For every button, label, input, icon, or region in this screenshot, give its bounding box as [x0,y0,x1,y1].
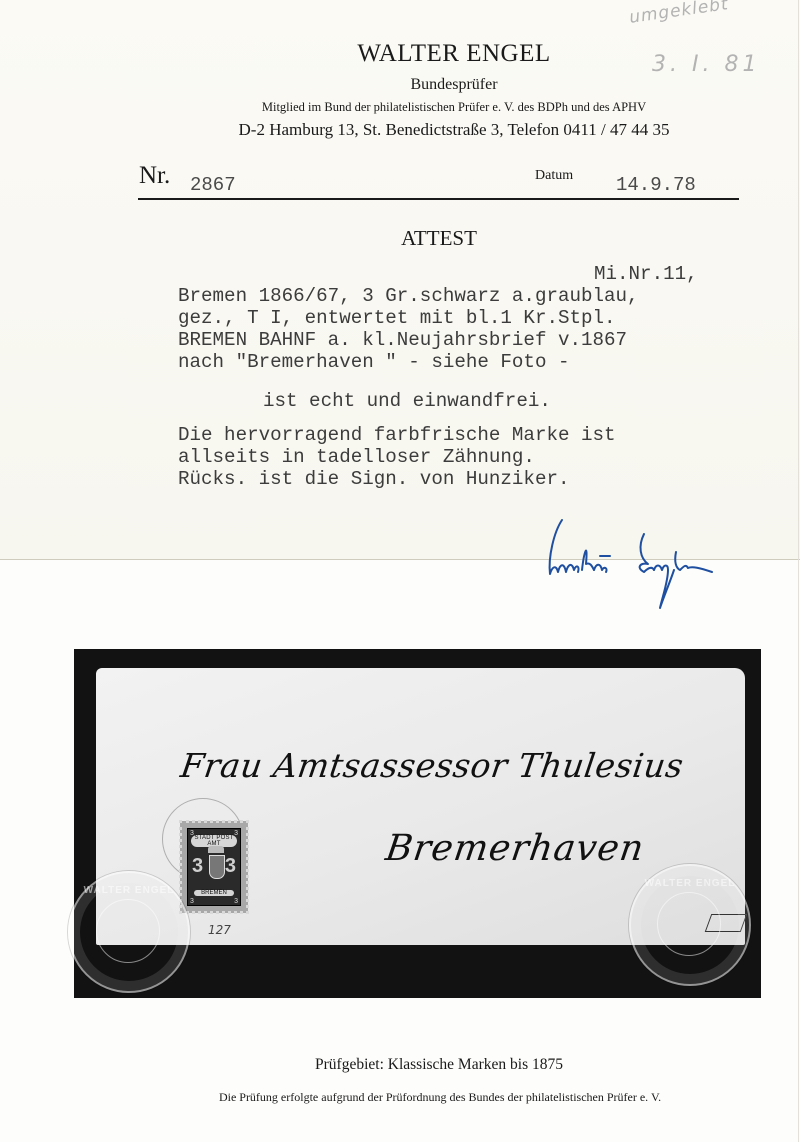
certificate-number: 2867 [190,174,236,196]
crown-icon [208,846,224,853]
description-line: BREMEN BAHNF a. kl.Neujahrsbrief v.1867 [178,329,627,351]
notes-line: allseits in tadelloser Zähnung. [178,446,535,468]
document-title: ATTEST [174,226,704,251]
pencil-note: 127 [208,923,231,937]
exam-regulation: Die Prüfung erfolgte aufgrund der Prüfor… [160,1090,720,1105]
coat-of-arms-icon [209,855,225,879]
catalog-reference: Mi.Nr.11, [594,263,698,285]
embossed-seal-icon: WALTER ENGEL [629,864,751,986]
addressee-city: Bremerhaven [383,828,647,869]
date-label: Datum [535,168,573,184]
stamp: 3 3 STADT POST AMT 3 3 BREMEN 3 3 [180,821,248,913]
description-line: nach "Bremerhaven " - siehe Foto - [178,351,570,373]
description-line: gez., T I, entwertet mit bl.1 Kr.Stpl. [178,307,616,329]
seal-inner-ring [657,892,721,956]
expert-address: D-2 Hamburg 13, St. Benedictstraße 3, Te… [174,120,734,140]
signature [540,512,740,612]
stamp-value: 3 [192,855,203,878]
stamp-value: 3 [225,855,236,878]
addressee-name: Frau Amtsassessor Thulesius [178,746,686,785]
stamp-corner-value: 3 [190,898,194,905]
expert-membership: Mitglied im Bund der philatelistischen P… [174,100,734,115]
seal-text: WALTER ENGEL [70,885,188,896]
exam-scope: Prüfgebiet: Klassische Marken bis 1875 [174,1056,704,1074]
description-line: Bremen 1866/67, 3 Gr.schwarz a.graublau, [178,285,639,307]
cover-photo: Frau Amtsassessor Thulesius Bremerhaven … [74,649,761,998]
notes-line: Rücks. ist die Sign. von Hunziker. [178,468,570,490]
embossed-seal-icon: WALTER ENGEL [68,871,190,993]
certificate-date: 14.9.78 [616,174,696,196]
stamp-bottom-text: BREMEN [194,890,234,896]
signature-icon [540,512,740,612]
stamp-design: 3 3 STADT POST AMT 3 3 BREMEN 3 3 [187,828,241,906]
seal-text: WALTER ENGEL [631,878,749,889]
certificate-number-label: Nr. [139,162,170,190]
page-edge [798,0,799,1142]
verdict: ist echt und einwandfrei. [263,390,551,412]
expert-name: WALTER ENGEL [174,40,734,68]
stamp-corner-value: 3 [234,898,238,905]
header-rule [138,198,739,200]
notes-line: Die hervorragend farbfrische Marke ist [178,424,616,446]
expert-role: Bundesprüfer [174,76,734,94]
seal-inner-ring [96,899,160,963]
